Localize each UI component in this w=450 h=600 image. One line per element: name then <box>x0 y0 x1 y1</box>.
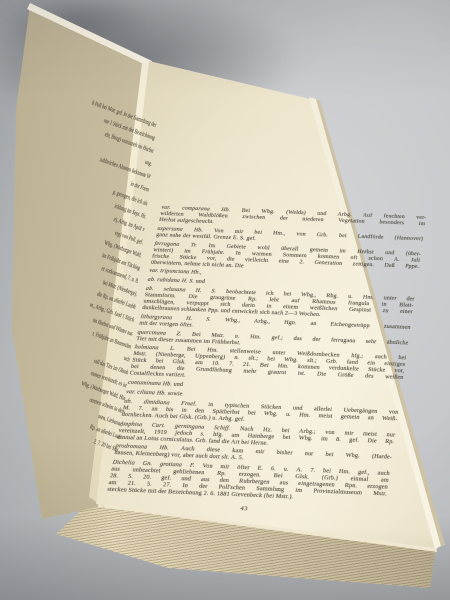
vignette-overlay <box>0 0 450 600</box>
book-photo: h Poll bei Mstr. gef. In der Sammlung de… <box>0 0 450 600</box>
